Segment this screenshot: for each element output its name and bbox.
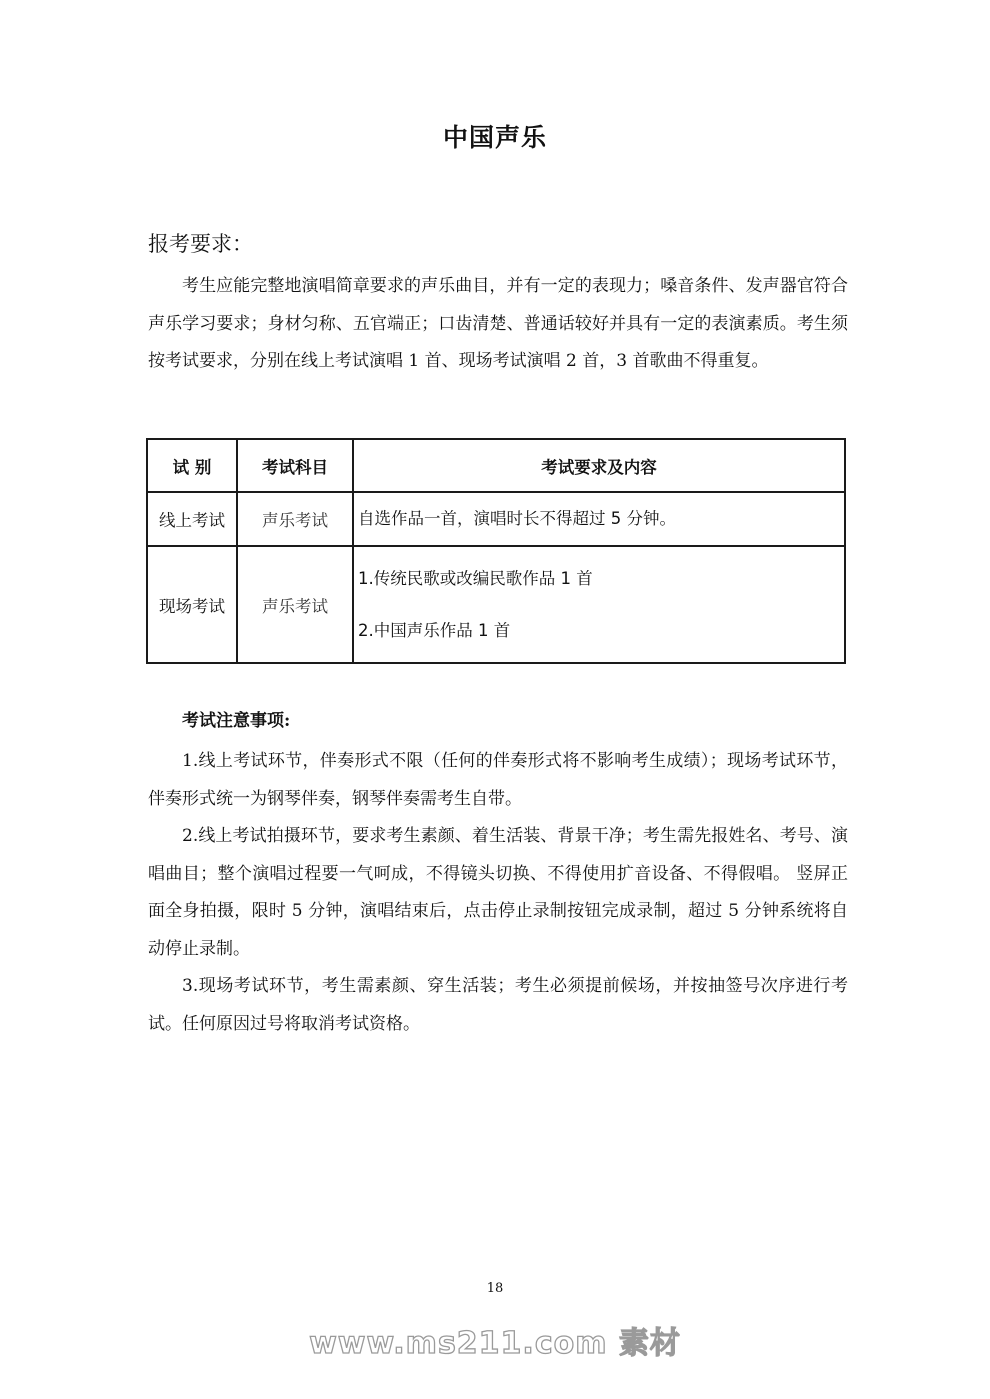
table-row: 线上考试 声乐考试 自选作品一首，演唱时长不得超过 5 分钟。 bbox=[147, 492, 845, 546]
note-item: 1.线上考试环节，伴奏形式不限（任何的伴奏形式将不影响考生成绩）；现场考试环节，… bbox=[148, 743, 848, 818]
content-line: 自选作品一首，演唱时长不得超过 5 分钟。 bbox=[358, 506, 844, 532]
cell-exam-content: 1.传统民歌或改编民歌作品 1 首 2.中国声乐作品 1 首 bbox=[353, 546, 845, 663]
cell-exam-type: 现场考试 bbox=[147, 546, 237, 663]
notes-heading: 考试注意事项: bbox=[182, 706, 290, 731]
table-row: 现场考试 声乐考试 1.传统民歌或改编民歌作品 1 首 2.中国声乐作品 1 首 bbox=[147, 546, 845, 663]
content-line: 2.中国声乐作品 1 首 bbox=[358, 618, 844, 644]
cell-exam-content: 自选作品一首，演唱时长不得超过 5 分钟。 bbox=[353, 492, 845, 546]
note-item: 3.现场考试环节，考生需素颜、穿生活装；考生必须提前候场，并按抽签号次序进行考试… bbox=[148, 968, 848, 1043]
table-header-row: 试 别 考试科目 考试要求及内容 bbox=[147, 439, 845, 492]
cell-exam-type: 线上考试 bbox=[147, 492, 237, 546]
header-exam-content: 考试要求及内容 bbox=[353, 439, 845, 492]
intro-paragraph: 考生应能完整地演唱简章要求的声乐曲目，并有一定的表现力；嗓音条件、发声器官符合声… bbox=[148, 268, 848, 381]
cell-exam-subject: 声乐考试 bbox=[237, 492, 353, 546]
watermark: www.ms211.com 素材 bbox=[0, 1318, 990, 1362]
page-number: 18 bbox=[0, 1281, 990, 1296]
document-page: 中国声乐 报考要求： 考生应能完整地演唱简章要求的声乐曲目，并有一定的表现力；嗓… bbox=[0, 0, 990, 1399]
section-heading-requirements: 报考要求： bbox=[148, 228, 253, 258]
cell-exam-subject: 声乐考试 bbox=[237, 546, 353, 663]
page-title: 中国声乐 bbox=[0, 118, 990, 154]
header-exam-type: 试 别 bbox=[147, 439, 237, 492]
content-line: 1.传统民歌或改编民歌作品 1 首 bbox=[358, 566, 844, 592]
header-exam-subject: 考试科目 bbox=[237, 439, 353, 492]
note-item: 2.线上考试拍摄环节，要求考生素颜、着生活装、背景干净；考生需先报姓名、考号、演… bbox=[148, 818, 848, 968]
exam-table: 试 别 考试科目 考试要求及内容 线上考试 声乐考试 自选作品一首，演唱时长不得… bbox=[146, 438, 846, 664]
